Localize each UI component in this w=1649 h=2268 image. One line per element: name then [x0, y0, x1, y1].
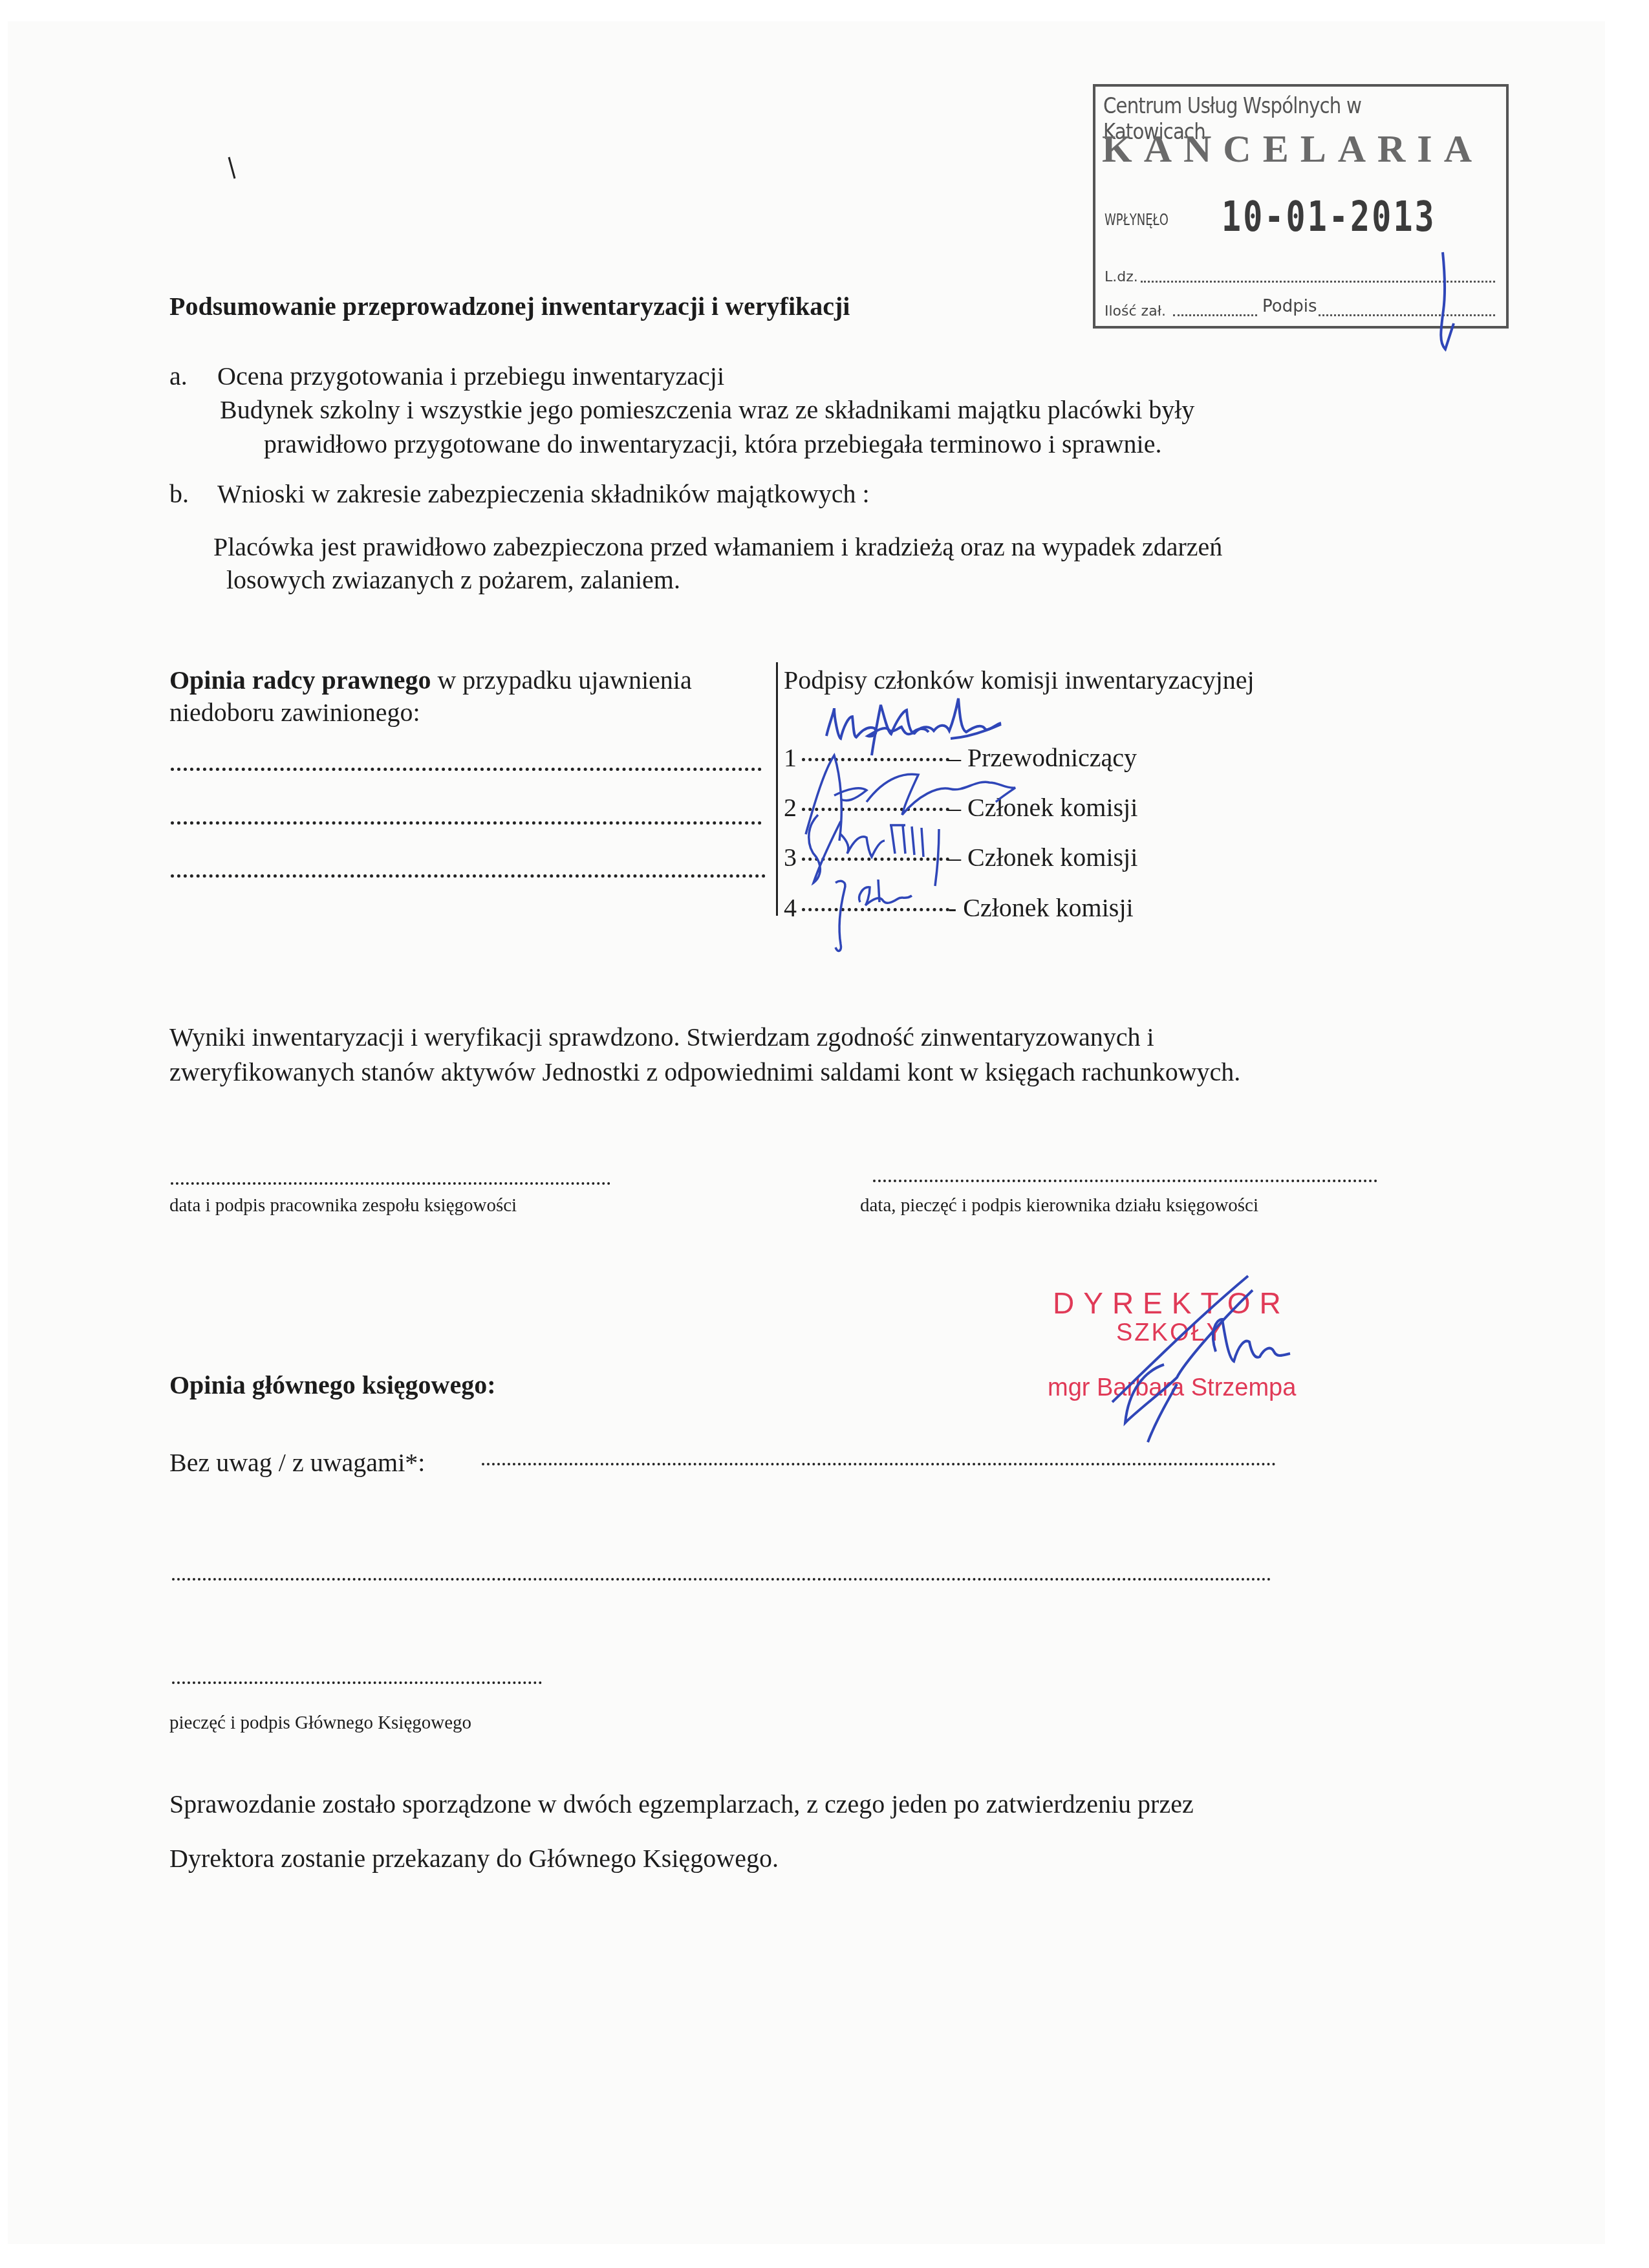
section-a-line-1: Budynek szkolny i wszystkie jego pomiesz… [220, 394, 1194, 425]
legal-opinion-title-rest: w przypadku ujawnienia [431, 665, 691, 695]
stamp-attachments-label: Ilość zał. [1105, 303, 1166, 319]
remarks-field-2[interactable] [172, 1578, 1271, 1581]
stamp-title: KANCELARIA [1102, 127, 1483, 171]
closing-line-1: Sprawozdanie zostało sporządzone w dwóch… [169, 1789, 1194, 1819]
director-stamp-subtitle: SZKOŁY [1116, 1319, 1225, 1347]
legal-opinion-field-3[interactable] [171, 874, 766, 878]
column-divider [776, 662, 778, 916]
section-a-line-2: prawidłowo przygotowane do inwentaryzacj… [264, 429, 1161, 459]
stamp-signature-label: Podpis [1262, 297, 1317, 316]
member-1-signature-line[interactable] [802, 758, 949, 761]
kancelaria-stamp: Centrum Usług Wspólnych w Katowicach KAN… [1093, 84, 1509, 329]
scanned-page [8, 21, 1605, 2244]
director-stamp-title: DYREKTOR [1053, 1286, 1290, 1321]
section-b-line-2: losowych zwiazanych z pożarem, zalaniem. [226, 565, 680, 595]
member-2-role: – Członek komisji [948, 792, 1137, 823]
legal-opinion-title: Opinia radcy prawnego w przypadku ujawni… [169, 665, 692, 695]
section-a-marker: a. [169, 361, 188, 391]
section-b-marker: b. [169, 479, 189, 509]
verification-line-2: zweryfikowanych stanów aktywów Jednostki… [169, 1057, 1240, 1087]
section-b-line-1: Placówka jest prawidłowo zabezpieczona p… [213, 532, 1222, 562]
member-4-role: - Członek komisji [948, 892, 1134, 923]
accounting-head-caption: data, pieczęć i podpis kierownika działu… [860, 1195, 1258, 1216]
director-stamp-name: mgr Barbara Strzempa [1048, 1374, 1296, 1402]
remarks-field-1[interactable] [482, 1463, 1276, 1465]
member-2-signature-line[interactable] [802, 808, 949, 811]
closing-line-2: Dyrektora zostanie przekazany do Główneg… [169, 1843, 779, 1874]
member-4-signature-line[interactable] [802, 908, 949, 911]
stamp-received-date: 10-01-2013 [1222, 193, 1436, 241]
verification-line-1: Wyniki inwentaryzacji i weryfikacji spra… [169, 1022, 1154, 1052]
stamp-signature-field [1319, 314, 1495, 316]
member-3-signature-line[interactable] [802, 858, 949, 861]
accounting-employee-caption: data i podpis pracownika zespołu księgow… [169, 1195, 517, 1216]
legal-opinion-title-bold: Opinia radcy prawnego [169, 665, 431, 695]
member-3-number: 3 [784, 842, 797, 872]
chief-accountant-signature-line[interactable] [172, 1681, 542, 1684]
section-a-title: Ocena przygotowania i przebiegu inwentar… [217, 361, 724, 391]
member-1-role: – Przewodniczący [948, 742, 1137, 773]
commission-title: Podpisy członków komisji inwentaryzacyjn… [784, 665, 1255, 695]
member-1-number: 1 [784, 742, 797, 773]
accounting-head-signature-line[interactable] [873, 1180, 1377, 1182]
page-title: Podsumowanie przeprowadzonej inwentaryza… [169, 291, 850, 321]
legal-opinion-field-1[interactable] [171, 768, 762, 771]
chief-accountant-caption: pieczęć i podpis Głównego Księgowego [169, 1712, 471, 1734]
stamp-received-label: WPŁYNĘŁO [1105, 211, 1169, 229]
stamp-ldz-label: L.dz. [1105, 269, 1138, 285]
section-b-title: Wnioski w zakresie zabezpieczenia składn… [217, 479, 870, 509]
stamp-ldz-field [1141, 281, 1495, 283]
legal-opinion-field-2[interactable] [171, 821, 762, 825]
chief-accountant-title: Opinia głównego księgowego: [169, 1370, 495, 1400]
member-2-number: 2 [784, 792, 797, 823]
accounting-employee-signature-line[interactable] [171, 1182, 610, 1185]
remarks-label: Bez uwag / z uwagami*: [169, 1447, 425, 1478]
member-4-number: 4 [784, 892, 797, 923]
member-3-role: – Członek komisji [948, 842, 1137, 872]
legal-opinion-line-2: niedoboru zawinionego: [169, 697, 420, 728]
stamp-attachments-field [1173, 314, 1257, 316]
